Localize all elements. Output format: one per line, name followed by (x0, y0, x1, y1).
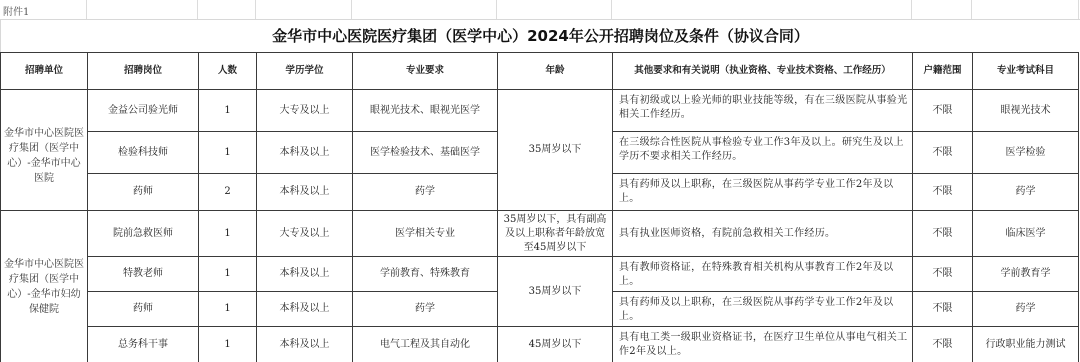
table-row: 金华市中心医院医疗集团（医学中心）-金华市妇幼保健院 院前急救医师 1 大专及以… (1, 211, 1079, 257)
major-cell: 眼视光技术、眼视光医学 (353, 90, 498, 132)
recruitment-table: 招聘单位 招聘岗位 人数 学历学位 专业要求 年龄 其他要求和有关说明（执业资格… (0, 52, 1079, 362)
annex-row: 附件1 (0, 0, 1080, 20)
annex-label: 附件1 (3, 3, 29, 18)
age-cell: 35周岁以下，具有副高及以上职称者年龄放宽至45周岁以下 (498, 211, 613, 257)
table-row: 总务科干事 1 本科及以上 电气工程及其自动化 45周岁以下 具有电工类一级职业… (1, 327, 1079, 362)
hukou-cell: 不限 (913, 292, 973, 327)
header-age: 年龄 (498, 53, 613, 90)
education-cell: 本科及以上 (257, 292, 353, 327)
major-cell: 药学 (353, 174, 498, 211)
header-count: 人数 (199, 53, 257, 90)
exam-cell: 医学检验 (973, 132, 1079, 174)
count-cell: 1 (199, 211, 257, 257)
hukou-cell: 不限 (913, 327, 973, 362)
exam-cell: 药学 (973, 292, 1079, 327)
hukou-cell: 不限 (913, 132, 973, 174)
education-cell: 本科及以上 (257, 327, 353, 362)
cell[interactable] (912, 0, 972, 19)
cell[interactable] (972, 0, 1079, 19)
header-other: 其他要求和有关说明（执业资格、专业技术资格、工作经历） (613, 53, 913, 90)
other-cell: 具有执业医师资格，有院前急救相关工作经历。 (613, 211, 913, 257)
hukou-cell: 不限 (913, 90, 973, 132)
header-exam: 专业考试科目 (973, 53, 1079, 90)
other-cell: 具有教师资格证，在特殊教育相关机构从事教育工作2年及以上。 (613, 257, 913, 292)
other-cell: 具有药师及以上职称，在三级医院从事药学专业工作2年及以上。 (613, 292, 913, 327)
cell[interactable] (497, 0, 612, 19)
major-cell: 医学检验技术、基础医学 (353, 132, 498, 174)
cell[interactable] (612, 0, 912, 19)
position-cell: 金益公司验光师 (88, 90, 199, 132)
education-cell: 本科及以上 (257, 174, 353, 211)
count-cell: 1 (199, 327, 257, 362)
hukou-cell: 不限 (913, 174, 973, 211)
count-cell: 2 (199, 174, 257, 211)
exam-cell: 药学 (973, 174, 1079, 211)
position-cell: 检验科技师 (88, 132, 199, 174)
major-cell: 电气工程及其自动化 (353, 327, 498, 362)
header-row: 招聘单位 招聘岗位 人数 学历学位 专业要求 年龄 其他要求和有关说明（执业资格… (1, 53, 1079, 90)
other-cell: 具有药师及以上职称，在三级医院从事药学专业工作2年及以上。 (613, 174, 913, 211)
position-cell: 特教老师 (88, 257, 199, 292)
count-cell: 1 (199, 90, 257, 132)
major-cell: 药学 (353, 292, 498, 327)
education-cell: 大专及以上 (257, 90, 353, 132)
age-cell: 35周岁以下 (498, 90, 613, 211)
hukou-cell: 不限 (913, 257, 973, 292)
other-cell: 具有电工类一级职业资格证书，在医疗卫生单位从事电气相关工作2年及以上。 (613, 327, 913, 362)
unit-cell: 金华市中心医院医疗集团（医学中心）-金华市妇幼保健院 (1, 211, 88, 362)
header-hukou: 户籍范围 (913, 53, 973, 90)
cell[interactable] (87, 0, 198, 19)
exam-cell: 眼视光技术 (973, 90, 1079, 132)
unit-cell: 金华市中心医院医疗集团（医学中心）-金华市中心医院 (1, 90, 88, 211)
position-cell: 总务科干事 (88, 327, 199, 362)
major-cell: 医学相关专业 (353, 211, 498, 257)
other-cell: 在三级综合性医院从事检验专业工作3年及以上。研究生及以上学历不要求相关工作经历。 (613, 132, 913, 174)
exam-cell: 学前教育学 (973, 257, 1079, 292)
spreadsheet: 附件1 金华市中心医院医疗集团（医学中心）2024年公开招聘岗位及条件（协议合同… (0, 0, 1080, 362)
header-position: 招聘岗位 (88, 53, 199, 90)
header-education: 学历学位 (257, 53, 353, 90)
table-row: 特教老师 1 本科及以上 学前教育、特殊教育 35周岁以下 具有教师资格证，在特… (1, 257, 1079, 292)
education-cell: 本科及以上 (257, 132, 353, 174)
exam-cell: 行政职业能力测试 (973, 327, 1079, 362)
page-title: 金华市中心医院医疗集团（医学中心）2024年公开招聘岗位及条件（协议合同） (0, 19, 1080, 52)
age-cell: 45周岁以下 (498, 327, 613, 362)
cell[interactable] (256, 0, 352, 19)
exam-cell: 临床医学 (973, 211, 1079, 257)
age-cell: 35周岁以下 (498, 257, 613, 327)
position-cell: 药师 (88, 292, 199, 327)
education-cell: 大专及以上 (257, 211, 353, 257)
position-cell: 院前急救医师 (88, 211, 199, 257)
count-cell: 1 (199, 257, 257, 292)
education-cell: 本科及以上 (257, 257, 353, 292)
table-row: 金华市中心医院医疗集团（医学中心）-金华市中心医院 金益公司验光师 1 大专及以… (1, 90, 1079, 132)
position-cell: 药师 (88, 174, 199, 211)
count-cell: 1 (199, 132, 257, 174)
major-cell: 学前教育、特殊教育 (353, 257, 498, 292)
header-unit: 招聘单位 (1, 53, 88, 90)
count-cell: 1 (199, 292, 257, 327)
other-cell: 具有初级或以上验光师的职业技能等级，有在三级医院从事验光相关工作经历。 (613, 90, 913, 132)
cell[interactable] (352, 0, 497, 19)
header-major: 专业要求 (353, 53, 498, 90)
cell[interactable] (198, 0, 256, 19)
hukou-cell: 不限 (913, 211, 973, 257)
